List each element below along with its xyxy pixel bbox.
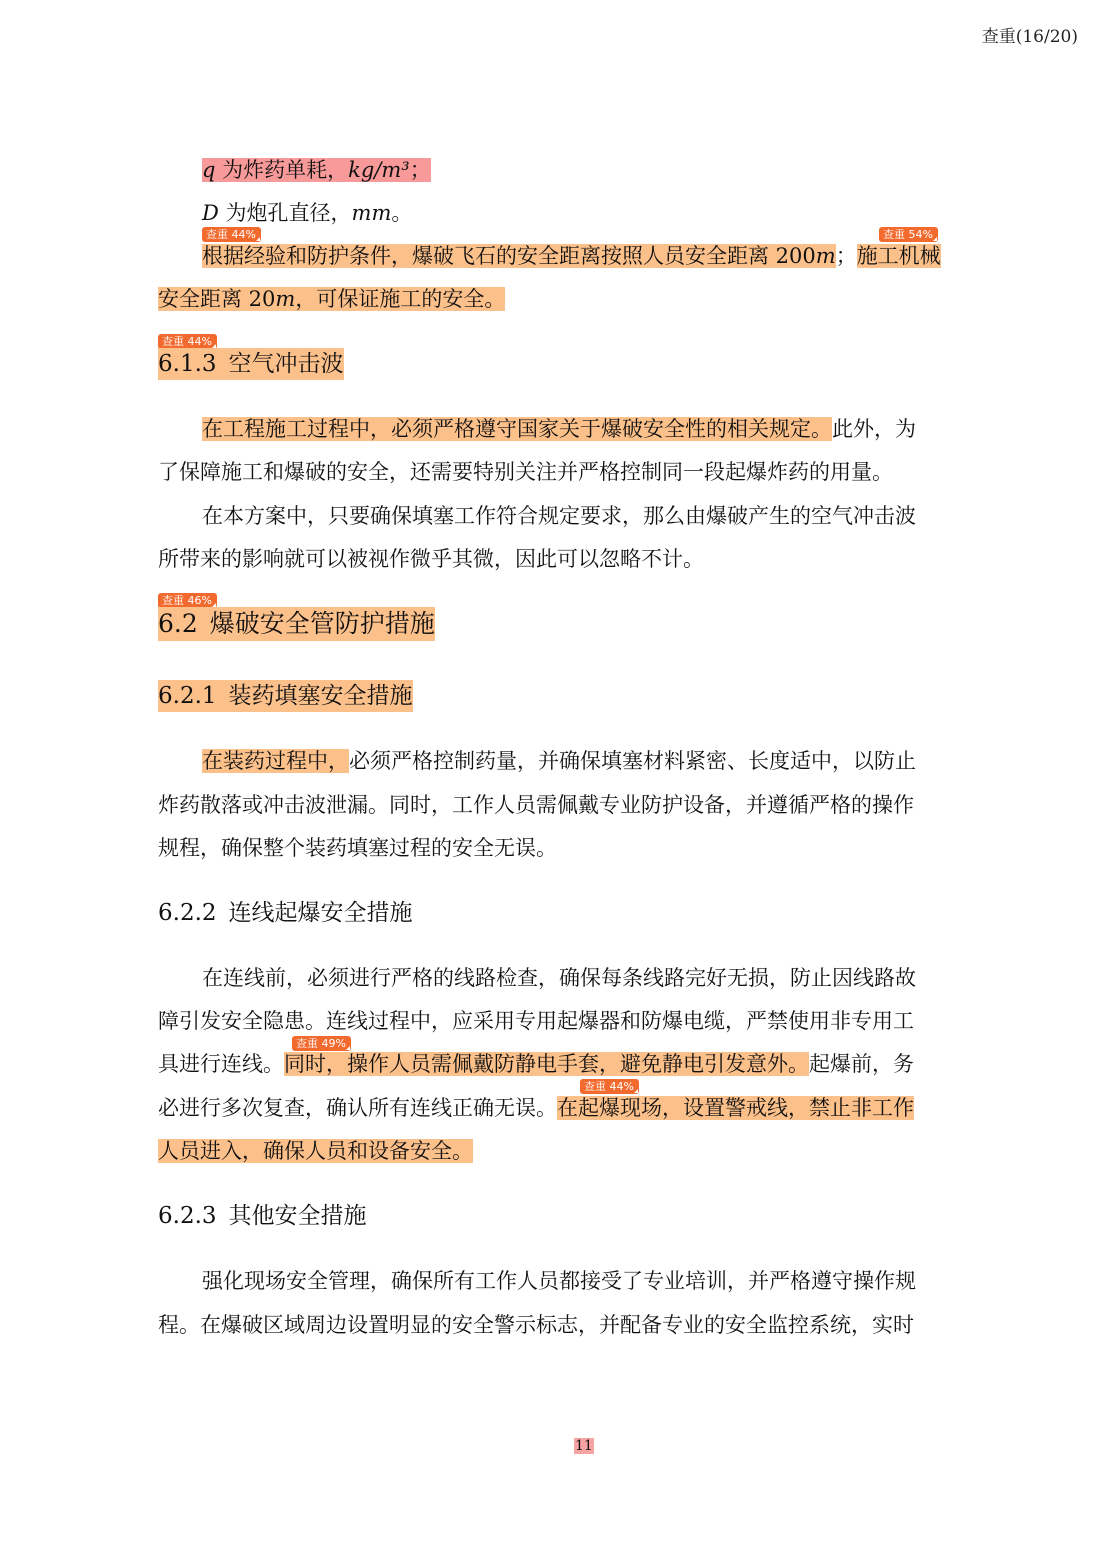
similarity-badge[interactable]: 查重 44%: [158, 334, 217, 349]
text: 具进行连线。: [158, 1052, 284, 1076]
section-number: 6.2: [158, 609, 198, 638]
text: 在工程施工过程中，必须严格遵守国家关于爆破安全性的相关规定。: [202, 417, 832, 441]
section-number: 6.2.3: [158, 1203, 217, 1229]
paragraph-622-line3: 具进行连线。同时，操作人员需佩戴防静电手套，避免静电引发意外。起爆前，务: [158, 1049, 914, 1079]
formula-def-d: D 为炮孔直径，mm。: [202, 198, 412, 228]
unit: kg/m³: [348, 158, 410, 182]
punct: ；: [410, 158, 431, 182]
section-heading-6-2-1: 6.2.1装药填塞安全措施: [158, 680, 413, 712]
def-text: 为炮孔直径，: [219, 201, 352, 225]
section-number: 6.2.2: [158, 900, 217, 926]
unit: m: [816, 244, 836, 268]
text: 在装药过程中，: [202, 749, 349, 773]
punct: 。: [391, 201, 412, 225]
section-title: 连线起爆安全措施: [229, 900, 413, 926]
paragraph-623-line1: 强化现场安全管理，确保所有工作人员都接受了专业培训，并严格遵守操作规: [202, 1266, 916, 1296]
similarity-badge[interactable]: 查重 44%: [580, 1079, 639, 1094]
text: ，可保证施工的安全。: [295, 287, 505, 311]
text: 施工机械: [857, 244, 941, 268]
text: 必进行多次复查，确认所有连线正确无误。: [158, 1096, 557, 1120]
paragraph-flyrock-line1: 根据经验和防护条件，爆破飞石的安全距离按照人员安全距离 200m；施工机械: [202, 241, 941, 271]
paragraph-621-line1: 在装药过程中，必须严格控制药量，并确保填塞材料紧密、长度适中，以防止: [202, 746, 916, 776]
similarity-badge[interactable]: 查重 46%: [158, 593, 217, 608]
text: 在起爆现场，设置警戒线，禁止非工作: [557, 1096, 914, 1120]
similarity-badge[interactable]: 查重 44%: [202, 227, 261, 242]
section-title: 空气冲击波: [229, 351, 344, 377]
paragraph-613-2-line2: 所带来的影响就可以被视作微乎其微，因此可以忽略不计。: [158, 544, 704, 574]
paragraph-621-line3: 规程，确保整个装药填塞过程的安全无误。: [158, 833, 557, 863]
paragraph-613-1-line2: 了保障施工和爆破的安全，还需要特别关注并严格控制同一段起爆炸药的用量。: [158, 457, 893, 487]
paragraph-613-1-line1: 在工程施工过程中，必须严格遵守国家关于爆破安全性的相关规定。此外，为: [202, 414, 916, 444]
section-heading-6-2-2: 6.2.2连线起爆安全措施: [158, 897, 413, 929]
text: 安全距离 20: [158, 287, 275, 311]
unit: m: [275, 287, 295, 311]
section-title: 爆破安全管防护措施: [210, 609, 435, 638]
unit: mm: [352, 201, 392, 225]
paragraph-613-2-line1: 在本方案中，只要确保填塞工作符合规定要求，那么由爆破产生的空气冲击波: [202, 501, 916, 531]
paragraph-622-line5: 人员进入，确保人员和设备安全。: [158, 1136, 473, 1166]
text: 必须严格控制药量，并确保填塞材料紧密、长度适中，以防止: [349, 749, 916, 773]
section-number: 6.2.1: [158, 683, 217, 709]
plagiarism-page-indicator: 查重(16/20): [982, 22, 1078, 47]
text: 根据经验和防护条件，爆破飞石的安全距离按照人员安全距离 200: [202, 244, 816, 268]
paragraph-623-line2: 程。在爆破区域周边设置明显的安全警示标志，并配备专业的安全监控系统，实时: [158, 1310, 914, 1340]
paragraph-622-line2: 障引发安全隐患。连线过程中，应采用专用起爆器和防爆电缆，严禁使用非专用工: [158, 1006, 914, 1036]
text: 起爆前，务: [809, 1052, 914, 1076]
text: 同时，操作人员需佩戴防静电手套，避免静电引发意外。: [284, 1052, 809, 1076]
section-title: 装药填塞安全措施: [229, 683, 413, 709]
text: 人员进入，确保人员和设备安全。: [158, 1139, 473, 1163]
punct: ；: [836, 244, 857, 268]
symbol: q: [202, 158, 215, 182]
formula-def-q: q 为炸药单耗，kg/m³；: [202, 155, 431, 185]
similarity-badge[interactable]: 查重 54%: [879, 227, 938, 242]
paragraph-622-line4: 必进行多次复查，确认所有连线正确无误。在起爆现场，设置警戒线，禁止非工作: [158, 1093, 914, 1123]
section-number: 6.1.3: [158, 351, 217, 377]
section-heading-6-1-3: 6.1.3空气冲击波: [158, 348, 344, 380]
section-heading-6-2: 6.2爆破安全管防护措施: [158, 607, 435, 641]
section-heading-6-2-3: 6.2.3其他安全措施: [158, 1200, 367, 1232]
section-title: 其他安全措施: [229, 1203, 367, 1229]
paragraph-flyrock-line2: 安全距离 20m，可保证施工的安全。: [158, 284, 505, 314]
paragraph-621-line2: 炸药散落或冲击波泄漏。同时，工作人员需佩戴专业防护设备，并遵循严格的操作: [158, 790, 914, 820]
page-number: 11: [574, 1438, 594, 1454]
symbol: D: [202, 201, 219, 225]
def-text: 为炸药单耗，: [215, 158, 348, 182]
paragraph-622-line1: 在连线前，必须进行严格的线路检查，确保每条线路完好无损，防止因线路故: [202, 963, 916, 993]
text: 此外，为: [832, 417, 916, 441]
